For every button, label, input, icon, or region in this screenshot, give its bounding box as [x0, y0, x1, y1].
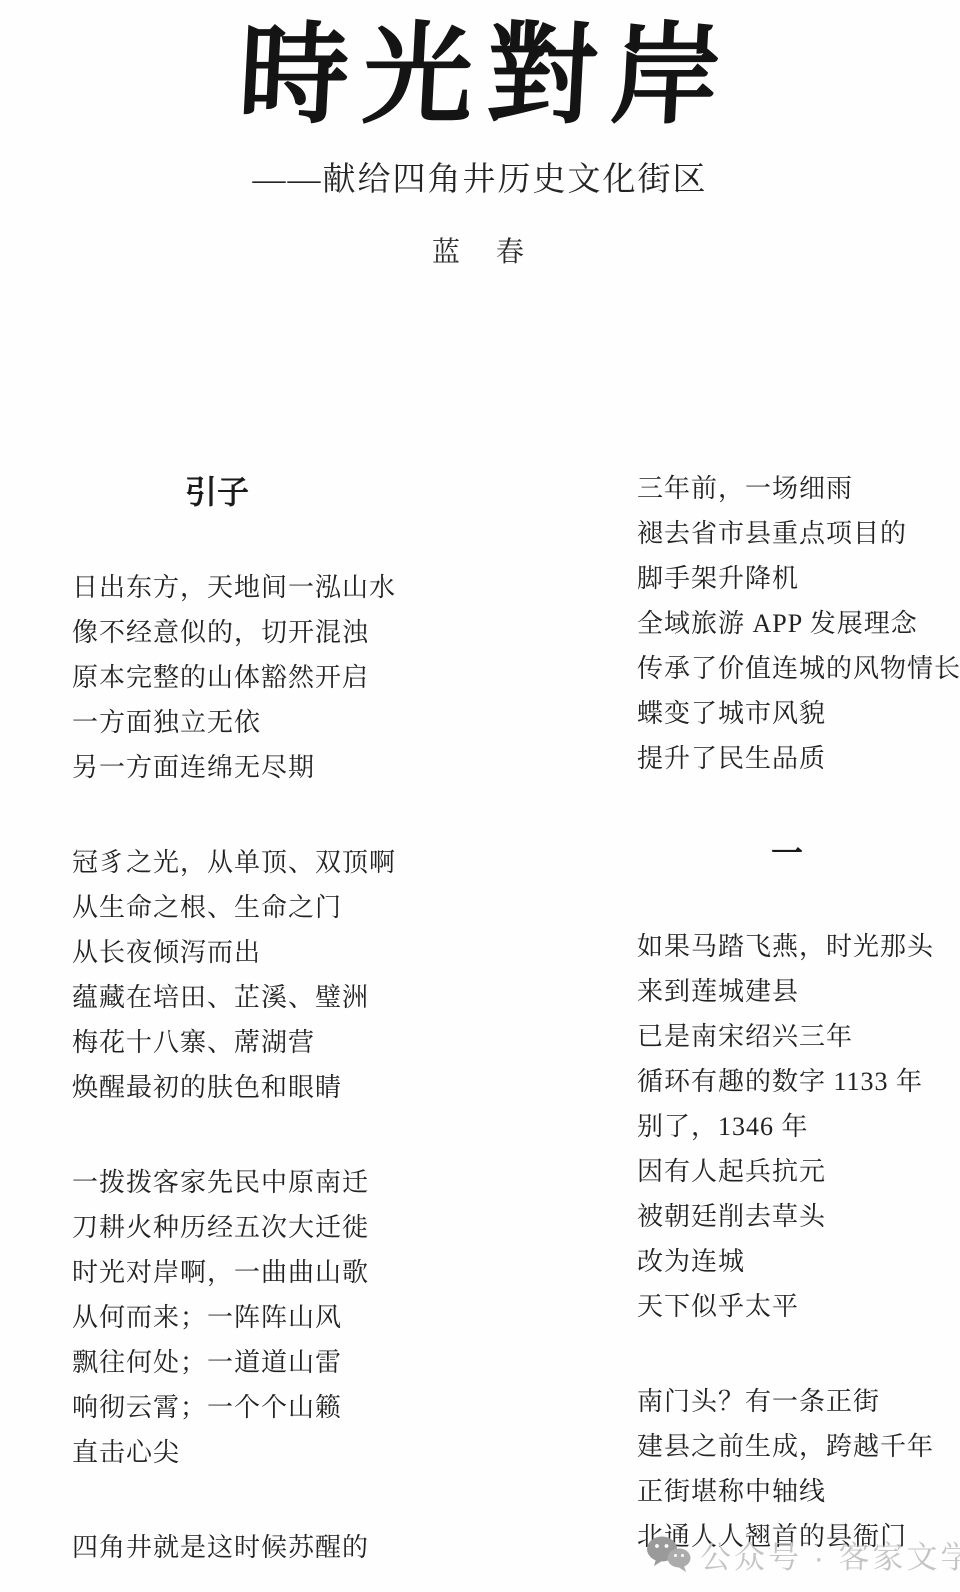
- poem-page: 時光對岸 ——献给四角井历史文化街区 蓝 春 引子 日出东方，天地间一泓山水像不…: [0, 0, 960, 1592]
- poem-line: 从何而来；一阵阵山风: [72, 1295, 362, 1340]
- poem-line: 从生命之根、生命之门: [72, 885, 362, 930]
- poem-line: 日出东方，天地间一泓山水: [72, 565, 362, 610]
- poem-line: 直击心尖: [72, 1430, 362, 1475]
- stanza-intro: 三年前，一场细雨褪去省市县重点项目的脚手架升降机全域旅游 APP 发展理念传承了…: [637, 466, 937, 781]
- poem-line: 一拨拨客家先民中原南迁: [72, 1160, 362, 1205]
- poem-line: 循环有趣的数字 1133 年: [637, 1059, 937, 1104]
- wechat-icon: [646, 1535, 692, 1575]
- stanza-4: 四角井就是这时候苏醒的: [72, 1525, 362, 1570]
- right-column: 三年前，一场细雨褪去省市县重点项目的脚手架升降机全域旅游 APP 发展理念传承了…: [637, 466, 937, 1559]
- poem-line: 正街堪称中轴线: [637, 1469, 937, 1514]
- poem-line: 南门头？有一条正街: [637, 1379, 937, 1424]
- poem-line: 三年前，一场细雨: [637, 466, 937, 511]
- poem-line: 全域旅游 APP 发展理念: [637, 601, 937, 646]
- poem-line: 冠豸之光，从单顶、双顶啊: [72, 840, 362, 885]
- stanza-5: 如果马踏飞燕，时光那头来到莲城建县已是南宋绍兴三年循环有趣的数字 1133 年别…: [637, 924, 937, 1329]
- poem-line: 响彻云霄；一个个山籁: [72, 1385, 362, 1430]
- author-name: 蓝 春: [0, 230, 960, 270]
- page-title: 時光對岸: [0, 2, 960, 151]
- poem-line: 另一方面连绵无尽期: [72, 745, 362, 790]
- poem-line: 提升了民生品质: [637, 736, 937, 781]
- poem-line: 脚手架升降机: [637, 556, 937, 601]
- watermark-text: 公众号 · 客家文学: [700, 1532, 960, 1577]
- poem-line: 建县之前生成，跨越千年: [637, 1424, 937, 1469]
- left-column: 引子 日出东方，天地间一泓山水像不经意似的，切开混浊原本完整的山体豁然开启一方面…: [72, 470, 362, 1570]
- poem-line: 因有人起兵抗元: [637, 1149, 937, 1194]
- poem-line: 四角井就是这时候苏醒的: [72, 1525, 362, 1570]
- poem-line: 梅花十八寨、蓆湖营: [72, 1020, 362, 1065]
- stanza-3: 一拨拨客家先民中原南迁刀耕火种历经五次大迁徙时光对岸啊，一曲曲山歌从何而来；一阵…: [72, 1160, 362, 1475]
- poem-line: 焕醒最初的肤色和眼睛: [72, 1065, 362, 1110]
- poem-line: 褪去省市县重点项目的: [637, 511, 937, 556]
- poem-line: 改为连城: [637, 1239, 937, 1284]
- poem-line: 从长夜倾泻而出: [72, 930, 362, 975]
- section-heading-prologue: 引子: [72, 470, 362, 515]
- poem-line: 被朝廷削去草头: [637, 1194, 937, 1239]
- poem-line: 时光对岸啊，一曲曲山歌: [72, 1250, 362, 1295]
- poem-line: 天下似乎太平: [637, 1284, 937, 1329]
- poem-line: 别了，1346 年: [637, 1104, 937, 1149]
- poem-line: 蕴藏在培田、芷溪、璧洲: [72, 975, 362, 1020]
- poem-subtitle: ——献给四角井历史文化街区: [0, 153, 960, 200]
- stanza-2: 冠豸之光，从单顶、双顶啊从生命之根、生命之门从长夜倾泻而出蕴藏在培田、芷溪、璧洲…: [72, 840, 362, 1110]
- poem-line: 原本完整的山体豁然开启: [72, 655, 362, 700]
- poem-line: 蝶变了城市风貌: [637, 691, 937, 736]
- watermark: 公众号 · 客家文学: [646, 1532, 960, 1577]
- poem-line: 刀耕火种历经五次大迁徙: [72, 1205, 362, 1250]
- poem-line: 传承了价值连城的风物情长: [637, 646, 937, 691]
- poem-line: 像不经意似的，切开混浊: [72, 610, 362, 655]
- poem-line: 来到莲城建县: [637, 969, 937, 1014]
- poem-line: 一方面独立无依: [72, 700, 362, 745]
- poem-line: 已是南宋绍兴三年: [637, 1014, 937, 1059]
- poem-line: 飘往何处；一道道山雷: [72, 1340, 362, 1385]
- section-heading-one: 一: [637, 831, 937, 876]
- stanza-1: 日出东方，天地间一泓山水像不经意似的，切开混浊原本完整的山体豁然开启一方面独立无…: [72, 565, 362, 790]
- poem-line: 如果马踏飞燕，时光那头: [637, 924, 937, 969]
